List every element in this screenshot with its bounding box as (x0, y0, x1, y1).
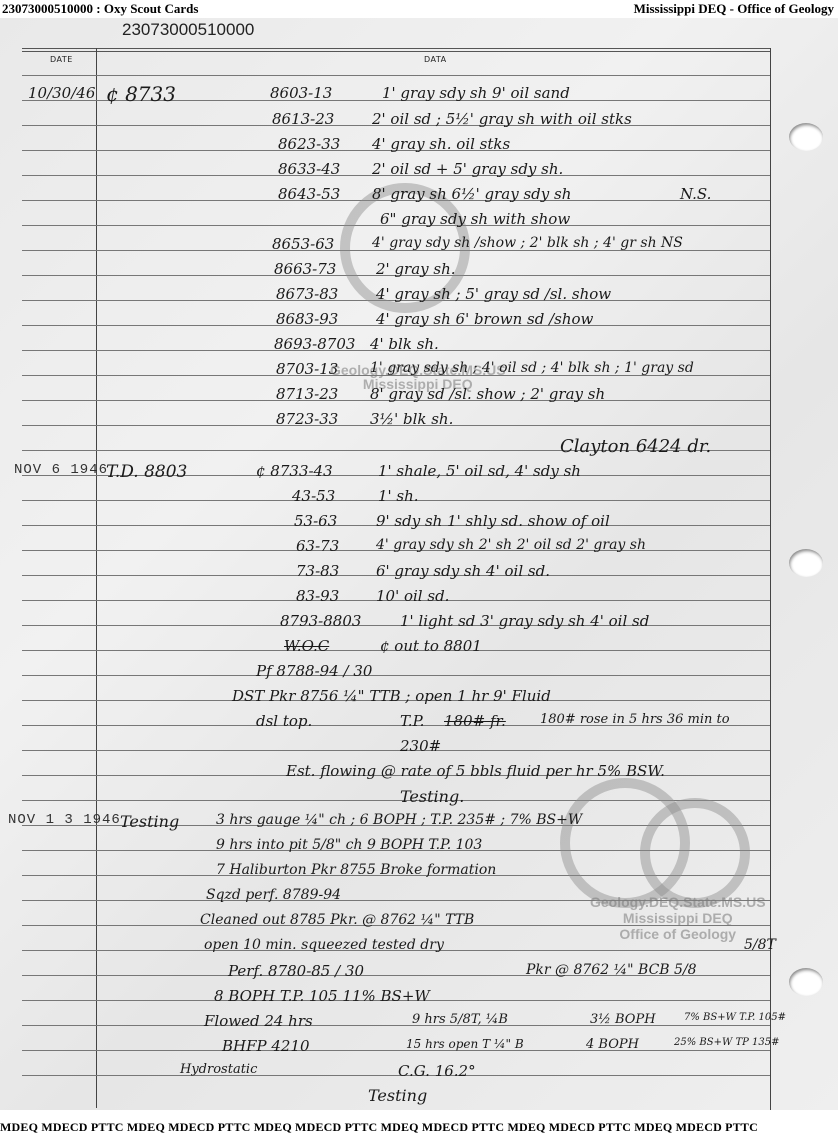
core-depth: 8703-13 (276, 360, 338, 378)
watermark-line: Office of Geology (590, 926, 766, 942)
footer-bar: MDEQ MDECD PTTC MDEQ MDECD PTTC MDEQ MDE… (0, 1110, 838, 1138)
dst-line: T.P. (400, 712, 424, 730)
core-depth: ¢ 8733-43 (256, 462, 333, 480)
punch-hole (789, 123, 823, 151)
core-depth: 53-63 (294, 512, 337, 530)
core-desc: 4' gray sdy sh 2' sh 2' oil sd 2' gray s… (376, 537, 646, 553)
core-depth: 8683-93 (276, 310, 338, 328)
core-depth: 8623-33 (278, 135, 340, 153)
core-depth: 8673-83 (276, 285, 338, 303)
entry-note: T.D. 8803 (106, 462, 187, 482)
ruled-line (22, 1050, 770, 1051)
test-line: 7 Haliburton Pkr 8755 Broke formation (216, 862, 496, 878)
date-column-divider (96, 48, 97, 1108)
test-line: Sqzd perf. 8789-94 (206, 887, 341, 903)
core-depth: 43-53 (292, 487, 335, 505)
dst-line: DST Pkr 8756 ¼" TTB ; open 1 hr 9' Fluid (232, 687, 551, 705)
choke-note: 5/8T (744, 937, 776, 953)
core-desc: 4' gray sh 6' brown sd /show (376, 310, 593, 328)
test-line: 9 hrs into pit 5/8" ch 9 BOPH T.P. 103 (216, 837, 482, 853)
clayton-note: Clayton 6424 dr. (560, 436, 711, 457)
flow-line: 7% BS+W T.P. 105# (684, 1012, 786, 1023)
core-desc: 1' gray sdy sh 9' oil sand (382, 84, 570, 102)
core-depth: 8633-43 (278, 160, 340, 178)
bhfp-line: 4 BOPH (586, 1037, 639, 1052)
entry-note: Testing (120, 812, 179, 831)
ruled-line (22, 1025, 770, 1026)
punch-hole (789, 968, 823, 996)
core-desc: 3½' blk sh. (370, 410, 453, 428)
core-depth: 8723-33 (276, 410, 338, 428)
core-desc: 4' gray sdy sh /show ; 2' blk sh ; 4' gr… (372, 235, 683, 251)
core-desc: 4' gray sh ; 5' gray sd /sl. show (376, 285, 611, 303)
core-depth: 8663-73 (274, 260, 336, 278)
testing-label: Testing (368, 1086, 427, 1105)
data-column-header: DATA (424, 55, 447, 64)
core-desc: 10' oil sd. (376, 587, 449, 605)
drilled-out-note: ¢ out to 8801 (380, 637, 482, 655)
woc-note: W.O.C (284, 637, 329, 655)
watermark-logo-icon (640, 798, 750, 908)
no-show-note: N.S. (680, 185, 711, 203)
core-desc: 4' blk sh. (370, 335, 439, 353)
core-desc: 9' sdy sh 1' shly sd. show of oil (376, 512, 610, 530)
core-desc: 2' oil sd ; 5½' gray sh with oil stks (372, 110, 632, 128)
ruled-line (22, 75, 770, 76)
flow-line: 3½ BOPH (590, 1012, 656, 1027)
bhfp-line: 15 hrs open T ¼" B (406, 1037, 524, 1051)
core-desc: 2' oil sd + 5' gray sdy sh. (372, 160, 563, 178)
perforation-note: Pf 8788-94 / 30 (256, 662, 372, 680)
core-desc: 4' gray sh. oil stks (372, 135, 510, 153)
dst-line: 230# (400, 737, 441, 755)
date-stamp: NOV 6 1946 (14, 462, 108, 478)
core-depth: 8693-8703 (274, 335, 355, 353)
test-line: open 10 min. squeezed tested dry (204, 937, 444, 953)
test-line: 3 hrs gauge ¼" ch ; 6 BOPH ; T.P. 235# ;… (216, 812, 582, 828)
ruled-line (22, 750, 770, 751)
scout-card: 23073000510000 DATE DATA (0, 18, 838, 1110)
core-desc: 1' shale, 5' oil sd, 4' sdy sh (378, 462, 581, 480)
core-desc: 8' gray sh 6½' gray sdy sh (372, 185, 571, 203)
core-desc: 8' gray sd /sl. show ; 2' gray sh (370, 385, 605, 403)
core-depth: 8793-8803 (280, 612, 361, 630)
core-depth: 8603-13 (270, 84, 332, 102)
ruled-line (22, 675, 770, 676)
watermark-line: Mississippi DEQ (590, 910, 766, 926)
core-desc: 2' gray sh. (376, 260, 456, 278)
date-stamp: NOV 1 3 1946 (8, 812, 121, 828)
watermark-line: Geology.DEQ.State.MS.US (590, 894, 766, 910)
dst-line: dsl top. (256, 712, 312, 730)
punch-hole (789, 549, 823, 577)
core-depth: 8713-23 (276, 385, 338, 403)
document-title: 23073000510000 : Oxy Scout Cards (2, 1, 198, 17)
core-desc: 1' sh. (378, 487, 419, 505)
core-depth: 73-83 (296, 562, 339, 580)
core-desc: 1' gray sdy sh ; 4' oil sd ; 4' blk sh ;… (370, 360, 694, 376)
page-header: 23073000510000 : Oxy Scout Cards Mississ… (0, 0, 838, 18)
header-rule (22, 51, 770, 52)
dst-line-struck: 180# fr. (444, 712, 506, 730)
core-depth: 63-73 (296, 537, 339, 555)
flow-line: 9 hrs 5/8T, ¼B (412, 1012, 508, 1027)
ruled-line (22, 1075, 770, 1076)
footer-text: MDEQ MDECD PTTC MDEQ MDECD PTTC MDEQ MDE… (0, 1120, 758, 1135)
core-desc: 6" gray sdy sh with show (380, 210, 570, 228)
date-column-header: DATE (50, 55, 73, 64)
entry-date: 10/30/46 (28, 84, 95, 102)
hydrostatic-label: Hydrostatic (180, 1062, 257, 1077)
header-rule (22, 48, 770, 49)
packer-note: Pkr @ 8762 ¼" BCB 5/8 (526, 962, 697, 978)
core-depth: 8653-63 (272, 235, 334, 253)
production-line: 8 BOPH T.P. 105 11% BS+W (214, 987, 430, 1005)
core-depth: 8643-53 (278, 185, 340, 203)
testing-label: Testing. (400, 787, 464, 806)
ruled-line (22, 625, 770, 626)
test-line: Cleaned out 8785 Pkr. @ 8762 ¼" TTB (200, 912, 474, 928)
api-number: 23073000510000 (122, 20, 254, 40)
dst-line: 180# rose in 5 hrs 36 min to (540, 712, 730, 727)
bhfp-line: 25% BS+W TP 135# (674, 1037, 779, 1048)
gravity-note: C.G. 16.2° (398, 1062, 476, 1080)
core-depth: 83-93 (296, 587, 339, 605)
core-desc: 1' light sd 3' gray sdy sh 4' oil sd (400, 612, 649, 630)
agency-title: Mississippi DEQ - Office of Geology (634, 1, 834, 17)
core-depth: 8613-23 (272, 110, 334, 128)
perforation-note: Perf. 8780-85 / 30 (228, 962, 364, 980)
bhfp-line: BHFP 4210 (222, 1037, 310, 1055)
entry-note: ¢ 8733 (106, 82, 176, 106)
flow-estimate: Est. flowing @ rate of 5 bbls fluid per … (286, 762, 665, 780)
core-desc: 6' gray sdy sh 4' oil sd. (376, 562, 550, 580)
flow-line: Flowed 24 hrs (204, 1012, 313, 1030)
watermark-text: Geology.DEQ.State.MS.US Mississippi DEQ … (590, 894, 766, 942)
